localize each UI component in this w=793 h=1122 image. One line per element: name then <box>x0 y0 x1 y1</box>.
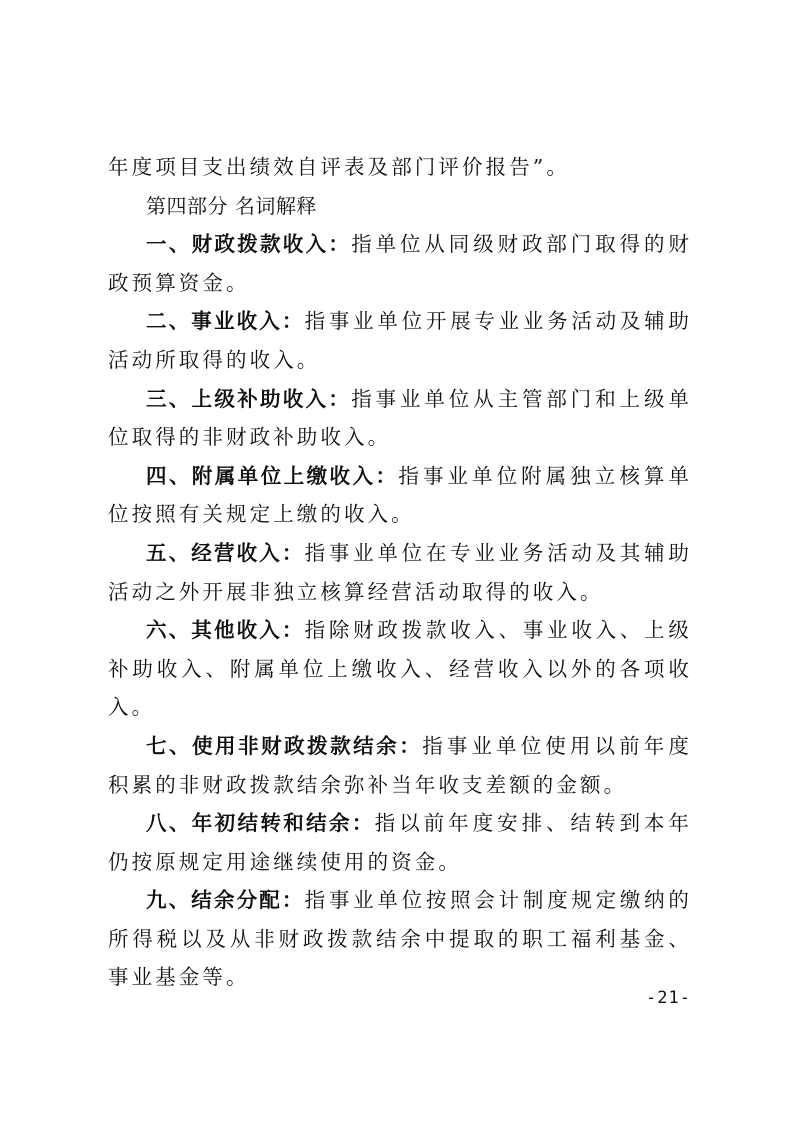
definition-1: 一、财政拨款收入：指单位从同级财政部门取得的财政预算资金。 <box>108 225 692 302</box>
definition-term: 三、上级补助收入： <box>146 387 351 411</box>
definition-term: 二、事业收入： <box>146 309 305 333</box>
definition-3: 三、上级补助收入：指事业单位从主管部门和上级单位取得的非财政补助收入。 <box>108 380 692 457</box>
document-body: 年度项目支出绩效自评表及部门评价报告”。 第四部分 名词解释 一、财政拨款收入：… <box>108 148 692 997</box>
definition-term: 六、其他收入： <box>146 618 305 642</box>
section-heading: 第四部分 名词解释 <box>108 187 692 226</box>
definition-term: 九、结余分配： <box>146 888 305 912</box>
definition-2: 二、事业收入：指事业单位开展专业业务活动及辅助活动所取得的收入。 <box>108 302 692 379</box>
definition-term: 一、财政拨款收入： <box>146 232 351 256</box>
definition-term: 五、经营收入： <box>146 541 305 565</box>
definition-term: 四、附属单位上缴收入： <box>146 464 398 488</box>
page-number: -21- <box>646 988 691 1008</box>
definition-8: 八、年初结转和结余：指以前年度安排、结转到本年仍按原规定用途继续使用的资金。 <box>108 804 692 881</box>
definition-9: 九、结余分配：指事业单位按照会计制度规定缴纳的所得税以及从非财政拨款结余中提取的… <box>108 881 692 997</box>
document-page: 年度项目支出绩效自评表及部门评价报告”。 第四部分 名词解释 一、财政拨款收入：… <box>0 0 793 1122</box>
continuation-line: 年度项目支出绩效自评表及部门评价报告”。 <box>108 148 692 187</box>
definition-5: 五、经营收入：指事业单位在专业业务活动及其辅助活动之外开展非独立核算经营活动取得… <box>108 534 692 611</box>
definition-6: 六、其他收入：指除财政拨款收入、事业收入、上级补助收入、附属单位上缴收入、经营收… <box>108 611 692 727</box>
definition-7: 七、使用非财政拨款结余：指事业单位使用以前年度积累的非财政拨款结余弥补当年收支差… <box>108 727 692 804</box>
definition-4: 四、附属单位上缴收入：指事业单位附属独立核算单位按照有关规定上缴的收入。 <box>108 457 692 534</box>
definition-term: 八、年初结转和结余： <box>146 811 375 835</box>
definition-term: 七、使用非财政拨款结余： <box>146 734 422 758</box>
